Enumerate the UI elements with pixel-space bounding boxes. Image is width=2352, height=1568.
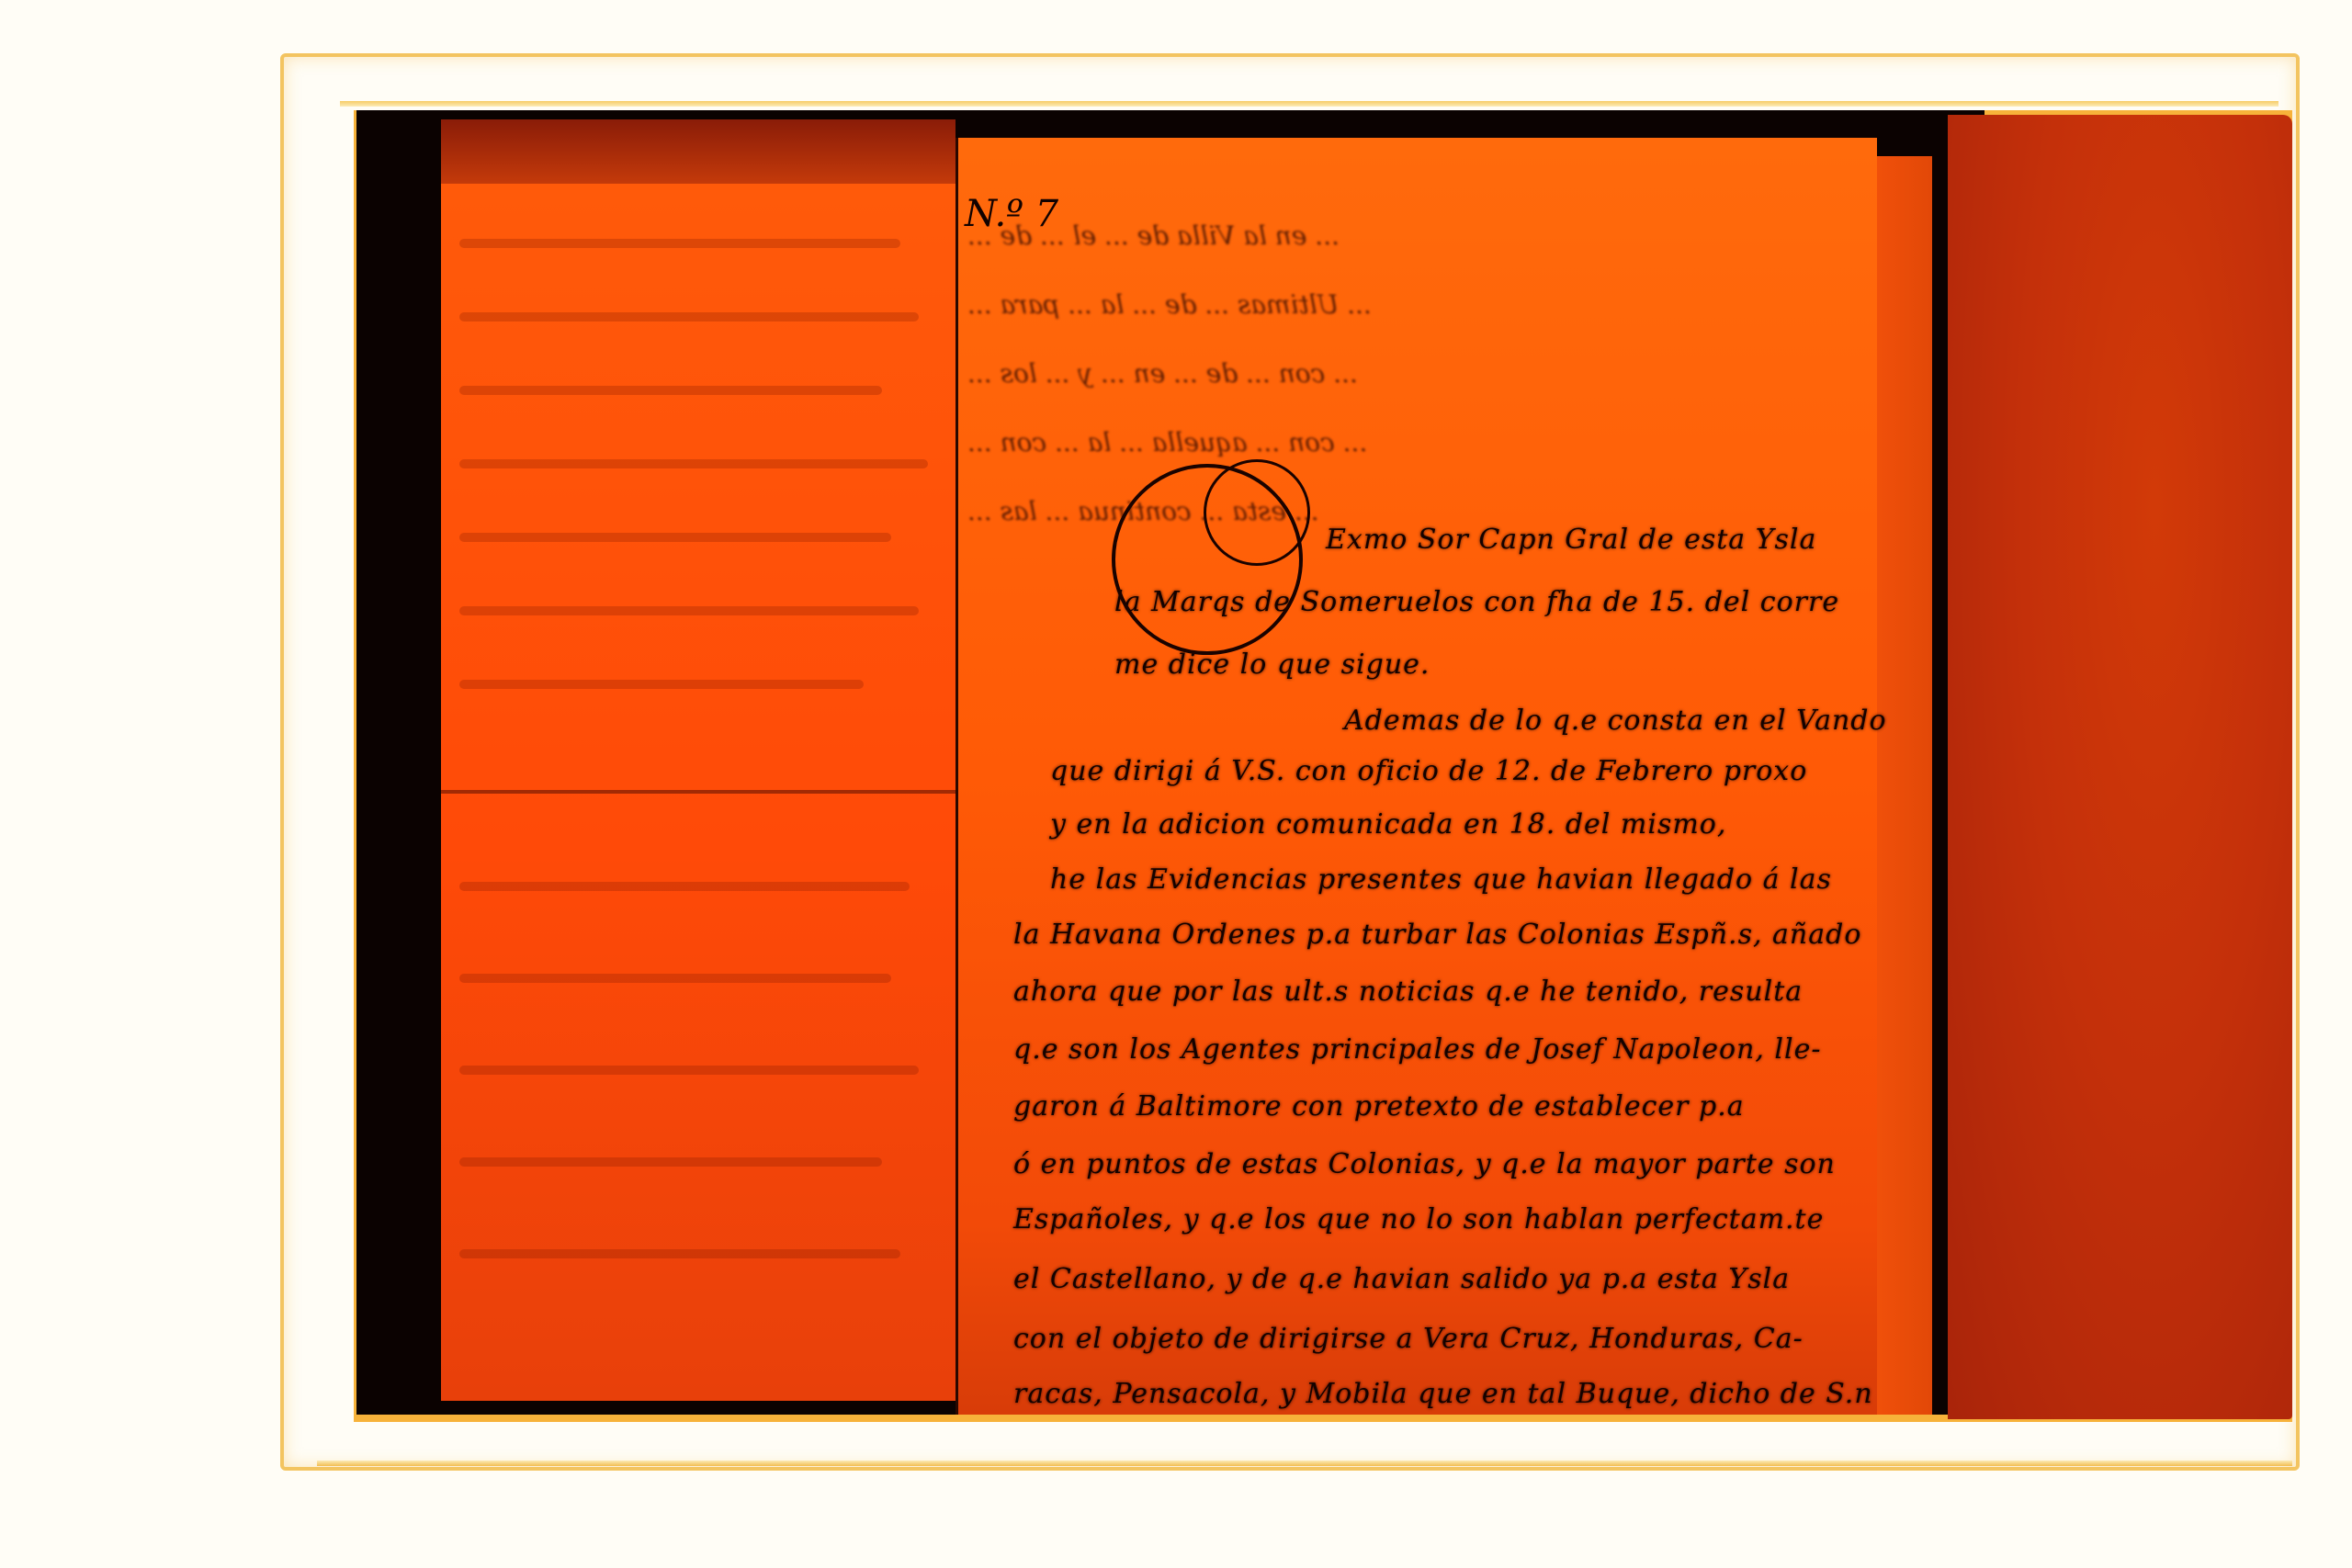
faint-text-line	[459, 882, 910, 891]
bleed-through-line: ... Ultimas ... de ... la ... para ...	[967, 289, 1372, 320]
bleed-through-line: ... con ... de ... en ... y ... los ...	[967, 358, 1358, 389]
faint-text-line	[459, 1066, 919, 1075]
frame-rule-top	[340, 101, 2278, 107]
body-line: la Havana Ordenes p.a turbar las Colonia…	[1013, 919, 1861, 951]
body-line: garon á Baltimore con pretexto de establ…	[1013, 1090, 1745, 1122]
heading-line: me dice lo que sigue.	[1114, 649, 1430, 681]
page-fold	[441, 790, 955, 794]
body-line: q.e son los Agentes principales de Josef…	[1013, 1033, 1822, 1066]
right-page: ... en la Villa de ... el ... de ... ...…	[955, 138, 1877, 1415]
body-line: y en la adicion comunicada en 18. del mi…	[1050, 808, 1726, 840]
body-line: racas, Pensacola, y Mobila que en tal Bu…	[1013, 1378, 1873, 1410]
bleed-through-line: ... con ... aquella ... la ... con ...	[967, 427, 1367, 457]
heading-line: Exmo Sor Capn Gral de esta Ysla	[1326, 524, 1816, 556]
left-page	[441, 184, 955, 1401]
faint-text-line	[459, 1249, 900, 1258]
initial-flourish-loop-icon	[1204, 459, 1310, 566]
body-line: que dirigi á V.S. con oficio de 12. de F…	[1050, 755, 1807, 787]
folio-number: N.º 7	[965, 193, 1058, 235]
body-line: he las Evidencias presentes que havian l…	[1050, 863, 1832, 896]
faint-text-line	[459, 680, 864, 689]
page-stub	[441, 119, 955, 184]
frame-rule-bottom	[317, 1461, 2292, 1466]
faint-text-line	[459, 974, 891, 983]
page-edge	[1877, 156, 1932, 1415]
body-line: ó en puntos de estas Colonias, y q.e la …	[1013, 1148, 1836, 1180]
body-line: el Castellano, y de q.e havian salido ya…	[1013, 1263, 1790, 1295]
body-line: con el objeto de dirigirse a Vera Cruz, …	[1013, 1323, 1804, 1355]
body-line: Ademas de lo q.e consta en el Vando	[1344, 705, 1887, 737]
body-line: Españoles, y q.e los que no lo son habla…	[1013, 1203, 1824, 1235]
faint-text-line	[459, 533, 891, 542]
faint-text-line	[459, 606, 919, 615]
body-line: ahora que por las ult.s noticias q.e he …	[1013, 976, 1803, 1008]
faint-text-line	[459, 459, 928, 468]
faint-text-line	[459, 239, 900, 248]
faint-text-line	[459, 1157, 882, 1167]
binding-cover	[1948, 115, 2292, 1419]
faint-text-line	[459, 312, 919, 321]
faint-text-line	[459, 386, 882, 395]
